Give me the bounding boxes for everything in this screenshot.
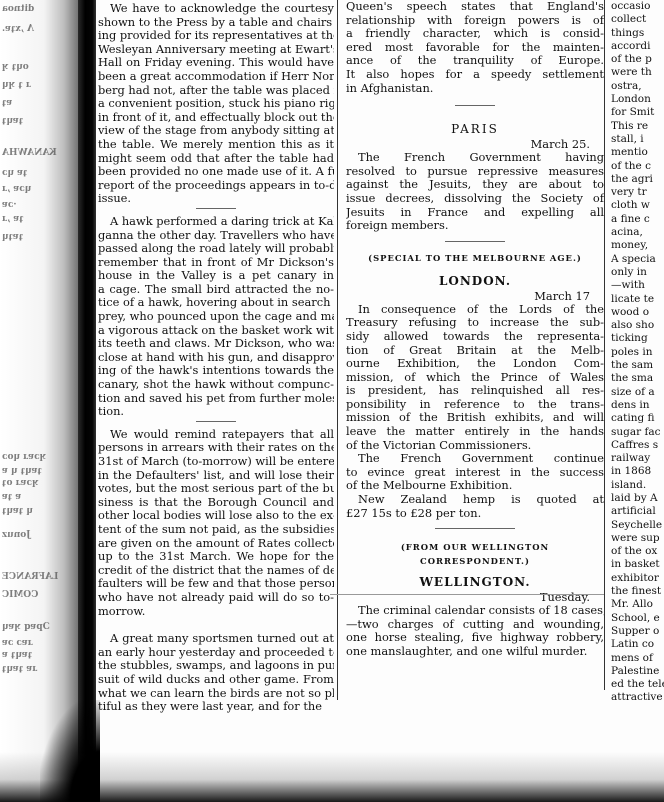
- text-line: an early hour yesterday and proceeded to: [98, 646, 334, 660]
- text-line: berg had not, after the table was placed…: [98, 84, 334, 98]
- text-line: ing of the hawk's intentions towards the: [98, 364, 334, 378]
- text-line-fragment: Palestine: [611, 665, 664, 678]
- text-line: against the Jesuits, they are about to: [346, 178, 604, 192]
- text-line: passed along the road lately will probab…: [98, 242, 334, 256]
- text-line-fragment: School, e: [611, 612, 664, 625]
- text-line: its teeth and claws. Mr Dickson, who was: [98, 337, 334, 351]
- text-line: foreign members.: [346, 219, 604, 233]
- bleed-through-text: ʇɐɥʇ: [2, 116, 72, 127]
- text-line: issue decrees, dissolving the Society of: [346, 192, 604, 206]
- right-column-fragment: occasiocollectthingsaccordiof the pwere …: [611, 0, 664, 705]
- text-line: in the Defaulters' list, and will lose t…: [98, 469, 334, 483]
- text-line-fragment: collect: [611, 13, 664, 26]
- text-line-fragment: acina,: [611, 226, 664, 239]
- text-line: house in the Valley is a pet canary in: [98, 269, 334, 283]
- text-line-fragment: ed the tele: [611, 678, 664, 691]
- paris-heading: PARIS: [346, 121, 604, 137]
- text-line-fragment: the finest: [611, 585, 664, 598]
- text-line: one manslaughter, and one wilful murder.: [346, 645, 604, 659]
- column-rule: [337, 0, 338, 700]
- text-line: resolved to pursue repressive measures: [346, 165, 604, 179]
- text-line: A great many sportsmen turned out at: [98, 632, 334, 646]
- text-line: canary, shot the hawk without compunc-: [98, 378, 334, 392]
- text-line: who have not already paid will do so to-: [98, 591, 334, 605]
- text-line-fragment: Seychelle: [611, 519, 664, 532]
- paragraph-sportsmen: A great many sportsmen turned out atan e…: [98, 632, 334, 714]
- text-line-fragment: ticking: [611, 332, 664, 345]
- london-heading: LONDON.: [346, 273, 604, 289]
- text-line: We have to acknowledge the courtesy: [98, 2, 334, 16]
- text-line: £27 15s to £28 per ton.: [346, 507, 604, 521]
- text-line: Wesleyan Anniversary meeting at Ewart's: [98, 43, 334, 57]
- text-line: ourne Exhibition, the London Com-: [346, 357, 604, 371]
- text-line: We would remind ratepayers that all: [98, 428, 334, 442]
- text-line: relationship with foreign powers is of: [346, 14, 604, 28]
- text-line: a cage. The small bird attracted the no-: [98, 283, 334, 297]
- column-rule: [604, 0, 605, 690]
- text-line-fragment: the sam: [611, 359, 664, 372]
- text-line: The French Government having: [346, 151, 604, 165]
- bleed-through-text: Jonuz: [2, 530, 72, 541]
- text-line: —two charges of cutting and wounding,: [346, 618, 604, 632]
- text-line-fragment: Mr. Allo: [611, 598, 664, 611]
- text-line-fragment: Supper o: [611, 625, 664, 638]
- text-line: Jesuits in France and expelling all: [346, 206, 604, 220]
- text-line: what we can learn the birds are not so p…: [98, 687, 334, 701]
- separator-rule: [98, 618, 334, 632]
- text-line-fragment: money,: [611, 239, 664, 252]
- bleed-through-text: ɐʇ: [2, 98, 72, 109]
- text-line: Treasury refusing to increase the sub-: [346, 316, 604, 330]
- bleed-through-text: COMIC: [2, 590, 72, 601]
- text-line-fragment: accordi: [611, 40, 664, 53]
- text-line: sidy allowed towards the representa-: [346, 330, 604, 344]
- text-line-fragment: Latin co: [611, 638, 664, 651]
- text-line: ance of the tranquility of Europe.: [346, 54, 604, 68]
- text-line-fragment: things: [611, 27, 664, 40]
- text-line-fragment: ostra,: [611, 80, 664, 93]
- text-line: one horse stealing, five highway robbery…: [346, 631, 604, 645]
- text-line: might seem odd that after the table had: [98, 152, 334, 166]
- text-line-fragment: in basket: [611, 558, 664, 571]
- text-line: New Zealand hemp is quoted at: [346, 493, 604, 507]
- text-line-fragment: also sho: [611, 319, 664, 332]
- text-line: tion of Great Britain at the Melb-: [346, 344, 604, 358]
- text-line: a vigorous attack on the basket work wit…: [98, 324, 334, 338]
- text-line: ered most favorable for the mainten-: [346, 41, 604, 55]
- bleed-through-text: ʞɔɐɹ ɥoɔ: [2, 452, 72, 463]
- text-line-fragment: wood o: [611, 306, 664, 319]
- text-line: in front of it, and effectually block ou…: [98, 111, 334, 125]
- paris-paragraph: The French Government havingresolved to …: [346, 151, 604, 233]
- text-line-fragment: Caffres s: [611, 439, 664, 452]
- text-line-fragment: mentio: [611, 146, 664, 159]
- london-paragraph-hemp: New Zealand hemp is quoted at£27 15s to …: [346, 493, 604, 520]
- bleed-through-text: ʇɐɥʇ ɥ ɐ: [2, 466, 72, 477]
- text-line: tice of a hawk, hovering about in search…: [98, 296, 334, 310]
- text-line-fragment: cloth w: [611, 199, 664, 212]
- wellington-heading: WELLINGTON.: [346, 574, 604, 590]
- text-line: report of the proceedings appears in to-…: [98, 179, 334, 193]
- text-line: It also hopes for a speedy settlement: [346, 68, 604, 82]
- text-line: been provided no one made use of it. A f…: [98, 165, 334, 179]
- text-line: morrow.: [98, 605, 334, 619]
- text-line: votes, but the most serious part of the …: [98, 482, 334, 496]
- text-line-fragment: attractive: [611, 691, 664, 704]
- text-line: of the Victorian Commissioners.: [346, 439, 604, 453]
- spacer: [346, 241, 604, 251]
- text-line: siness is that the Borough Council and: [98, 496, 334, 510]
- text-line: In consequence of the Lords of the: [346, 303, 604, 317]
- london-byline: (Special to the Melbourne Age.): [346, 251, 604, 265]
- newspaper-page: ditnoaɅ ,xʇɐ.oɥʇ ʞɹ ʇ ʞɥɐʇʇɐɥʇKANAWHAʇɐ …: [0, 0, 664, 802]
- text-line: ponsibility in reference to the trans-: [346, 398, 604, 412]
- text-line: close at hand with his gun, and disappro…: [98, 351, 334, 365]
- text-line: The French Government continue: [346, 452, 604, 466]
- text-line-fragment: laid by A: [611, 492, 664, 505]
- text-line: view of the stage from anybody sitting a…: [98, 124, 334, 138]
- text-line: 31st of March (to-morrow) will be entere…: [98, 455, 334, 469]
- text-line-fragment: the sma: [611, 372, 664, 385]
- text-line: ganna the other day. Travellers who have: [98, 229, 334, 243]
- text-line-fragment: —with: [611, 279, 664, 292]
- left-gutter-bleed-through: ditnoaɅ ,xʇɐ.oɥʇ ʞɹ ʇ ʞɥɐʇʇɐɥʇKANAWHAʇɐ …: [0, 0, 80, 802]
- text-line-fragment: of the ox: [611, 545, 664, 558]
- text-line-fragment: the agri: [611, 173, 664, 186]
- text-line-fragment: poles in: [611, 346, 664, 359]
- text-line-fragment: for Smit: [611, 106, 664, 119]
- text-line: A hawk performed a daring trick at Kal-: [98, 215, 334, 229]
- text-line-fragment: only in: [611, 266, 664, 279]
- text-line: the stubbles, swamps, and lagoons in pur…: [98, 659, 334, 673]
- text-line: suit of wild ducks and other game. From: [98, 673, 334, 687]
- separator-rule: [98, 421, 334, 422]
- text-line-fragment: dens in: [611, 399, 664, 412]
- paragraph-hawk: A hawk performed a daring trick at Kal-g…: [98, 215, 334, 419]
- text-line-fragment: railway: [611, 452, 664, 465]
- text-line: tent of the sum not paid, as the subsidi…: [98, 523, 334, 537]
- bleed-through-text: KANAWHA: [2, 148, 72, 159]
- text-line: a convenient position, stuck his piano r…: [98, 97, 334, 111]
- text-line-fragment: sugar fac: [611, 426, 664, 439]
- bleed-through-text: ʇɐ ɥɔ: [2, 168, 72, 179]
- text-line: the table. We merely mention this as it: [98, 138, 334, 152]
- bleed-through-text: LAFRANCE: [2, 572, 72, 583]
- bleed-through-text: Ʌ ,xʇɐ.: [2, 24, 72, 35]
- binding-shadow: [78, 0, 96, 802]
- text-line: mission of the British exhibits, and wil…: [346, 411, 604, 425]
- bleed-through-text: ɥ ʇɐɥʇ: [2, 506, 72, 517]
- text-line: tiful as they were last year, and for th…: [98, 700, 334, 714]
- text-line-fragment: island.: [611, 479, 664, 492]
- bleed-through-text: oɥʇ ʞ: [2, 62, 72, 73]
- middle-column: Queen's speech states that England'srela…: [346, 0, 604, 659]
- text-line-fragment: exhibitor: [611, 572, 664, 585]
- text-line: prey, who pounced upon the cage and made: [98, 310, 334, 324]
- text-line-fragment: mens of: [611, 652, 664, 665]
- queens-speech-paragraph: Queen's speech states that England'srela…: [346, 0, 604, 95]
- text-line: Hall on Friday evening. This would have: [98, 56, 334, 70]
- text-line-fragment: London: [611, 93, 664, 106]
- text-line-fragment: very tr: [611, 186, 664, 199]
- text-line: faulters will be few and that those pers…: [98, 577, 334, 591]
- horizontal-rule: [330, 594, 604, 595]
- london-paragraph-french-government: The French Government continueto evince …: [346, 452, 604, 493]
- bleed-through-text: ʇɐɥʇ ɐ: [2, 650, 72, 661]
- text-line: remember that in front of Mr Dickson's: [98, 256, 334, 270]
- text-line-fragment: in 1868: [611, 465, 664, 478]
- london-dateline: March 17: [346, 289, 604, 303]
- text-line: persons in arrears with their rates on t…: [98, 441, 334, 455]
- text-line: up to the 31st March. We hope for the: [98, 550, 334, 564]
- spacer: [346, 528, 604, 540]
- bleed-through-text: ɹ ʇ ʞɥ: [2, 80, 72, 91]
- bleed-through-text: Ɔpɐq ʞɐɥ: [2, 622, 72, 633]
- text-line: leave the matter entirely in the hands: [346, 425, 604, 439]
- text-line-fragment: size of a: [611, 386, 664, 399]
- text-line-fragment: of the p: [611, 53, 664, 66]
- text-line: in Afghanistan.: [346, 82, 604, 96]
- bleed-through-text: ·ɔɐ: [2, 200, 72, 211]
- text-line: shown to the Press by a table and chairs…: [98, 16, 334, 30]
- text-line-fragment: a fine c: [611, 213, 664, 226]
- bleed-through-text: ɹɐ ʇɐɥʇ: [2, 664, 72, 675]
- paragraph-ratepayers: We would remind ratepayers that allperso…: [98, 428, 334, 618]
- text-line: mission, of which the Prince of Wales: [346, 371, 604, 385]
- bleed-through-text: ɐ ʇɐ: [2, 492, 72, 503]
- wellington-byline: (From our Wellington Correspondent.): [346, 540, 604, 568]
- bleed-through-text: ʇɐʇɥ: [2, 232, 72, 243]
- text-line: credit of the district that the names of…: [98, 564, 334, 578]
- bleed-through-text: ʇɐ ,ɹ: [2, 214, 72, 225]
- spacer: [346, 265, 604, 273]
- paragraph-table-and-chairs: We have to acknowledge the courtesyshown…: [98, 2, 334, 206]
- text-line: ing provided for its representatives at …: [98, 29, 334, 43]
- text-line-fragment: artificial: [611, 505, 664, 518]
- bleed-through-text: ʞɔɐɹ oʇ: [2, 478, 72, 489]
- text-line: tion.: [98, 405, 334, 419]
- text-line-fragment: of the c: [611, 160, 664, 173]
- text-line-fragment: occasio: [611, 0, 664, 13]
- text-line: tion and saved his pet from further mole…: [98, 392, 334, 406]
- text-line: The criminal calendar consists of 18 cas…: [346, 604, 604, 618]
- text-line: is president, has relinquished all res-: [346, 384, 604, 398]
- text-line-fragment: were th: [611, 66, 664, 79]
- left-column: We have to acknowledge the courtesyshown…: [98, 2, 334, 714]
- text-line: of the Melbourne Exhibition.: [346, 479, 604, 493]
- text-line: other local bodies will lose also to the…: [98, 509, 334, 523]
- text-line: been a great accommodation if Herr Nor-: [98, 70, 334, 84]
- wellington-paragraph: The criminal calendar consists of 18 cas…: [346, 604, 604, 658]
- text-line-fragment: licate te: [611, 293, 664, 306]
- paris-dateline: March 25.: [346, 137, 604, 151]
- bleed-through-text: ditnoa: [2, 4, 72, 15]
- bleed-through-text: ɥɔɐ ,ɹ: [2, 184, 72, 195]
- separator-rule: [98, 208, 334, 209]
- london-paragraph-exhibition: In consequence of the Lords of theTreasu…: [346, 303, 604, 453]
- bleed-through-text: ɹɐɔ ɔɐ: [2, 638, 72, 649]
- text-line-fragment: stall, i: [611, 133, 664, 146]
- wellington-dateline: Tuesday.: [346, 590, 604, 604]
- text-line-fragment: A specia: [611, 253, 664, 266]
- text-line: to evince great interest in the success: [346, 466, 604, 480]
- text-line: are given on the amount of Rates collect…: [98, 537, 334, 551]
- text-line-fragment: were sup: [611, 532, 664, 545]
- text-line: a friendly character, which is consid-: [346, 27, 604, 41]
- text-line-fragment: This re: [611, 120, 664, 133]
- page-corner-shadow: [40, 700, 100, 802]
- text-line: Queen's speech states that England's: [346, 0, 604, 14]
- text-line-fragment: cating fi: [611, 412, 664, 425]
- text-line: issue.: [98, 192, 334, 206]
- spacer: [346, 105, 604, 121]
